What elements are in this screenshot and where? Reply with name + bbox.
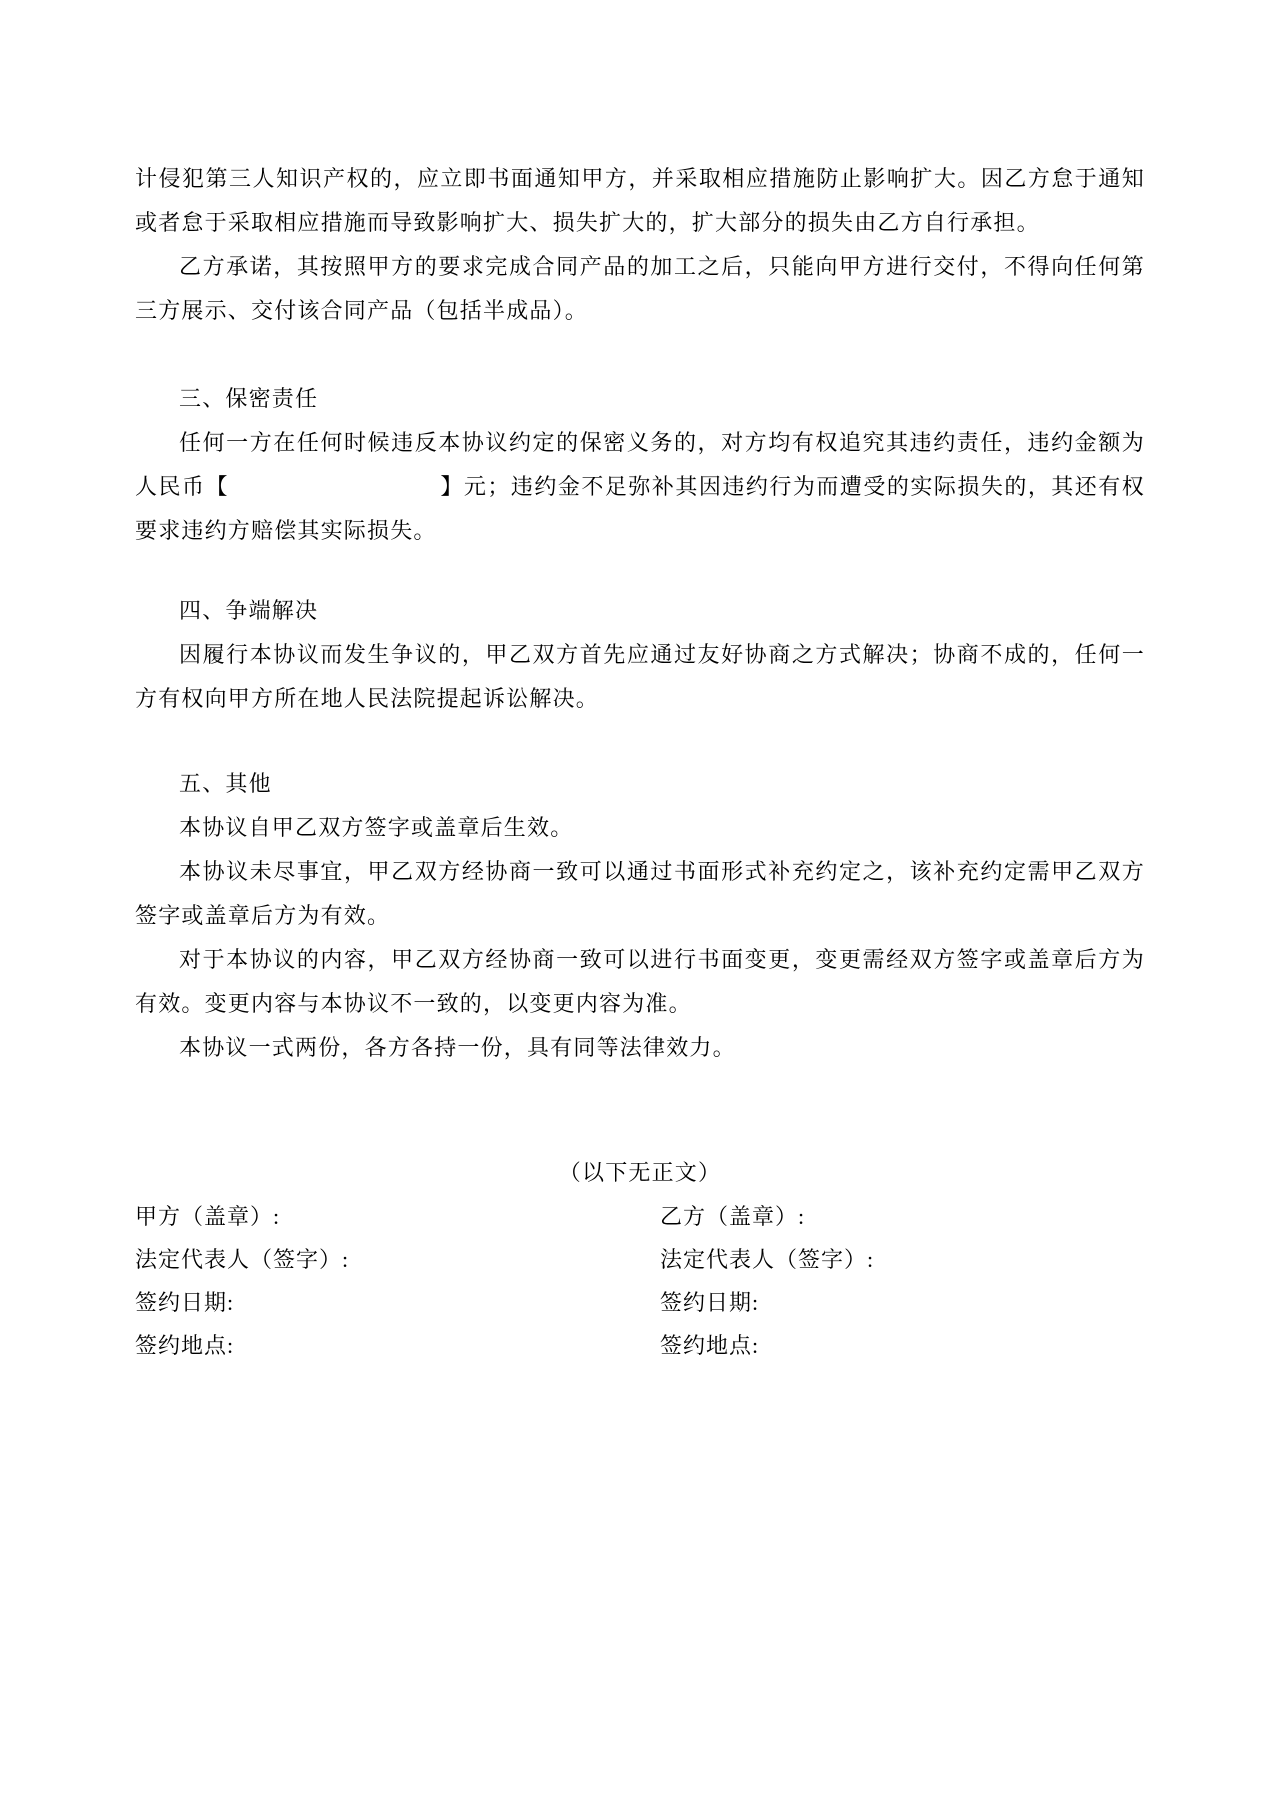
party-a-representative-label: 法定代表人（签字）:	[135, 1238, 660, 1281]
section-heading-confidentiality: 三、保密责任	[135, 377, 1145, 421]
party-b-signature-column: 乙方（盖章）: 法定代表人（签字）: 签约日期: 签约地点:	[660, 1195, 1145, 1367]
party-b-signing-date-label: 签约日期:	[660, 1281, 1145, 1324]
clause-counterparts: 本协议一式两份，各方各持一份，具有同等法律效力。	[135, 1026, 1145, 1070]
clause-ip-infringement-continued: 计侵犯第三人知识产权的，应立即书面通知甲方，并采取相应措施防止影响扩大。因乙方怠…	[135, 157, 1145, 245]
clause-supplementary-agreement: 本协议未尽事宜，甲乙双方经协商一致可以通过书面形式补充约定之，该补充约定需甲乙双…	[135, 850, 1145, 938]
party-b-seal-label: 乙方（盖章）:	[660, 1195, 1145, 1238]
contract-document-page: 计侵犯第三人知识产权的，应立即书面通知甲方，并采取相应措施防止影响扩大。因乙方怠…	[0, 0, 1280, 1810]
section-heading-dispute-resolution: 四、争端解决	[135, 589, 1145, 633]
party-a-seal-label: 甲方（盖章）:	[135, 1195, 660, 1238]
clause-amendment: 对于本协议的内容，甲乙双方经协商一致可以进行书面变更，变更需经双方签字或盖章后方…	[135, 938, 1145, 1026]
clause-dispute-resolution: 因履行本协议而发生争议的，甲乙双方首先应通过友好协商之方式解决；协商不成的，任何…	[135, 633, 1145, 721]
party-a-signature-column: 甲方（盖章）: 法定代表人（签字）: 签约日期: 签约地点:	[135, 1195, 660, 1367]
section-heading-miscellaneous: 五、其他	[135, 762, 1145, 806]
contract-body: 计侵犯第三人知识产权的，应立即书面通知甲方，并采取相应措施防止影响扩大。因乙方怠…	[0, 0, 1280, 1367]
clause-delivery-restriction: 乙方承诺，其按照甲方的要求完成合同产品的加工之后，只能向甲方进行交付，不得向任何…	[135, 245, 1145, 333]
party-a-signing-place-label: 签约地点:	[135, 1324, 660, 1367]
clause-effectiveness: 本协议自甲乙双方签字或盖章后生效。	[135, 806, 1145, 850]
party-a-signing-date-label: 签约日期:	[135, 1281, 660, 1324]
party-b-signing-place-label: 签约地点:	[660, 1324, 1145, 1367]
party-b-representative-label: 法定代表人（签字）:	[660, 1238, 1145, 1281]
signature-block: 甲方（盖章）: 法定代表人（签字）: 签约日期: 签约地点: 乙方（盖章）: 法…	[135, 1195, 1145, 1367]
closing-note: （以下无正文）	[135, 1151, 1145, 1195]
clause-confidentiality-breach: 任何一方在任何时候违反本协议约定的保密义务的，对方均有权追究其违约责任，违约金额…	[135, 421, 1145, 553]
